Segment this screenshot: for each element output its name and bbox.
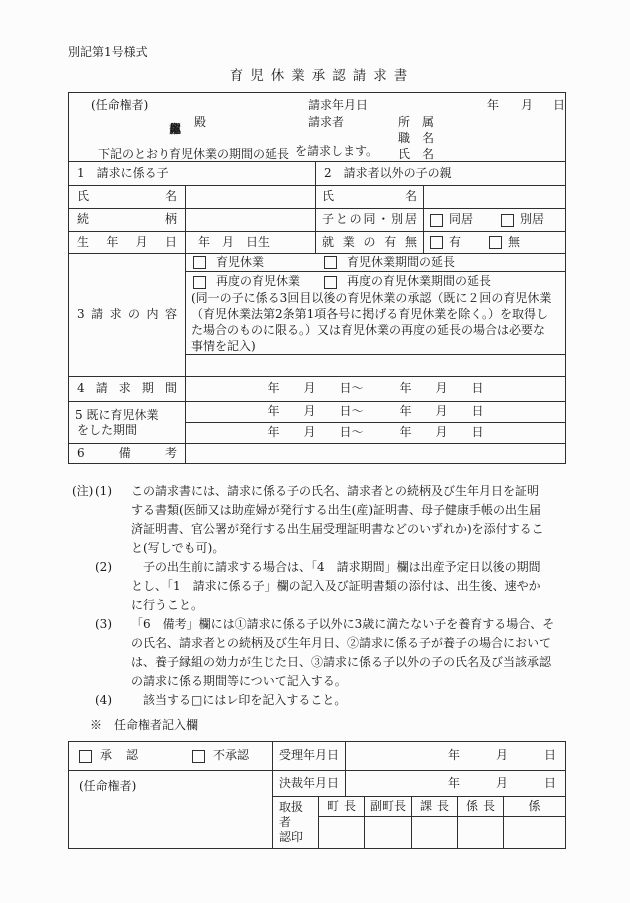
checkbox-second-childcare-leave[interactable] [193,276,206,289]
note-text-2: 子の出生前に請求する場合は、「4 請求期間」欄は出産予定日以後の期間 とし、「1… [131,558,558,615]
stamp-cell-subsection-chief[interactable] [458,817,504,849]
section3-reason-input-cell[interactable] [186,355,566,377]
stamp-cell-deputy-mayor[interactable] [365,817,412,849]
stamp-cell-section-chief[interactable] [412,817,458,849]
checkbox-not-employed[interactable] [489,236,502,249]
stamp-cell-mayor[interactable] [319,817,365,849]
checkbox-employed[interactable] [430,236,443,249]
approval-options: 承認 不承認 [69,748,272,764]
note-text-3: 「6 備考」欄には①請求に係る子以外に3歳に満たない子を養育する場合、そ の氏名… [131,615,558,691]
living-together-label: 同居 [449,212,473,228]
birthdate-label: 生年月日 [77,235,177,251]
employed-label: 有 [449,235,461,251]
appointer-signature-cell[interactable]: (任命権者) [69,771,273,849]
notes-block: (注) (1) この請求書には、請求に係る子の氏名、請求者との続柄及び生年月日を… [72,482,558,710]
requester-name-label: 氏 名 [398,147,434,162]
note-number-1: (1) [95,482,131,501]
request-date-label: 請求年月日 [308,98,368,114]
relation-label: 続柄 [77,212,177,228]
disapprove-label: 不承認 [213,748,249,764]
section1-header: 1 請求に係る子 [69,162,316,186]
childcare-leave-label: 育児休業 [216,255,264,271]
remarks-input-cell[interactable] [186,444,566,464]
checkbox-childcare-leave[interactable] [193,256,206,269]
option-leave-extension-text: 育児休業の期間の延長 [169,147,289,162]
appointer-to-label: (任命権者) [91,98,148,114]
handler-stamp-label-line2: 認印 [279,830,312,845]
form-code: 別記第1号様式 [68,45,148,61]
checkbox-second-leave-period-extension[interactable] [324,276,337,289]
appointer-entry-table: 承認 不承認 受理年月日 年 月 日 (任命権者) 決裁年月日 年 月 日 取扱… [68,741,566,849]
dono-label: 殿 [194,115,206,131]
note-number-2: (2) [95,558,131,577]
employment-label: 就業の有無 [322,235,417,251]
approve-label: 承認 [100,748,152,764]
form-title: 育児休業承認請求書 [0,68,630,86]
request-type-options-row1: 育児休業 育児休業期間の延長 [186,255,565,271]
stamp-col-mayor-label: 町長 [327,799,356,815]
stamp-col-section-chief-label: 課長 [420,799,449,815]
handler-stamp-label-line1: 取扱者 [279,800,312,830]
section6-label: 6備考 [77,446,177,462]
previous-leave-period1-input-cell[interactable]: 年 月 日～ 年 月 日 [186,402,566,423]
stamp-col-subsection-chief-label: 係長 [466,799,495,815]
request-period-input-cell[interactable]: 年 月 日～ 年 月 日 [186,377,566,402]
note-tag: (注) [72,482,95,501]
section3-label: 3請求の内容 [77,307,177,323]
section5-label: 5 既に育児休業 をした期間 [69,402,186,444]
cohabitation-options: 同居 別居 [424,212,565,228]
child-name-input-cell[interactable] [186,186,316,209]
request-type-options-row2: 再度の育児休業 再度の育児休業期間の延長 [186,274,565,290]
checkbox-living-separately[interactable] [501,214,514,227]
previous-leave-period2-input-cell[interactable]: 年 月 日～ 年 月 日 [186,423,566,444]
parent-name-label: 氏名 [322,189,417,205]
checkbox-disapprove[interactable] [192,750,205,763]
cohabitation-label: 子との同・別居 [322,212,417,228]
note-text-4: 該当する□にはレ印を記入すること。 [131,691,558,710]
checkbox-approve[interactable] [79,750,92,763]
note-item-1: (注) (1) この請求書には、請求に係る子の氏名、請求者との続柄及び生年月日を… [72,482,558,558]
intro-prefix: 下記のとおり [98,147,170,162]
requester-label: 請求者 [308,115,344,131]
section5-label-line2: をした期間 [77,423,177,438]
request-date-month-label: 月 [521,98,533,114]
request-date-day-label: 日 [553,98,565,114]
stamp-col-staff-label: 係 [504,797,566,817]
stamp-col-deputy-mayor-label: 副町長 [365,797,412,817]
note-number-3: (3) [95,615,131,634]
section4-label: 4請求期間 [77,381,177,397]
note-item-4: (4) 該当する□にはレ印を記入すること。 [72,691,558,710]
parent-name-input-cell[interactable] [424,186,566,209]
received-date-input-cell[interactable]: 年 月 日 [346,742,566,771]
appointer-entry-heading: ※ 任命権者記入欄 [90,718,198,734]
note-text-1: この請求書には、請求に係る子の氏名、請求者との続柄及び生年月日を証明 する書類(… [131,482,558,558]
second-childcare-leave-label: 再度の育児休業 [216,274,300,290]
request-date-year-label: 年 [487,98,499,114]
main-table: (任命権者) 殿 育児休業の承認 下記のとおり 育児休業の期間の延長 を請求しま… [68,92,566,464]
birthdate-input-cell[interactable]: 年 月 日生 [186,232,316,254]
received-date-label: 受理年月日 [273,742,346,771]
form-header-cell: (任命権者) 殿 育児休業の承認 下記のとおり 育児休業の期間の延長 を請求しま… [69,93,565,161]
section3-instructions: (同一の子に係る3回目以後の育児休業の承認（既に２回の育児休業 （育児休業法第2… [186,290,565,354]
checkbox-leave-period-extension[interactable] [324,256,337,269]
checkbox-living-together[interactable] [430,214,443,227]
note-number-4: (4) [95,691,131,710]
relation-input-cell[interactable] [186,209,316,232]
position-label: 職 名 [398,131,434,147]
leave-period-extension-label: 育児休業期間の延長 [347,255,455,271]
note-item-2: (2) 子の出生前に請求する場合は、「4 請求期間」欄は出産予定日以後の期間 と… [72,558,558,615]
stamp-cell-staff[interactable] [504,817,566,849]
form-page: 別記第1号様式 育児休業承認請求書 (任命権者) 殿 育児休業の承認 下記のとお… [0,0,630,903]
living-separately-label: 別居 [520,212,544,228]
section5-label-line1: 5 既に育児休業 [75,408,179,423]
employment-options: 有 無 [424,235,565,251]
second-leave-period-extension-label: 再度の育児休業期間の延長 [347,274,491,290]
handler-stamp-label: 取扱者 認印 [273,797,319,849]
note-item-3: (3) 「6 備考」欄には①請求に係る子以外に3歳に満たない子を養育する場合、そ… [72,615,558,691]
section2-header: 2 請求者以外の子の親 [316,162,566,186]
child-name-label: 氏名 [77,189,177,205]
intro-suffix: を請求します。 [295,144,378,160]
decided-date-label: 決裁年月日 [273,771,346,797]
not-employed-label: 無 [508,235,520,251]
decided-date-input-cell[interactable]: 年 月 日 [346,771,566,797]
affiliation-label: 所 属 [398,115,434,131]
